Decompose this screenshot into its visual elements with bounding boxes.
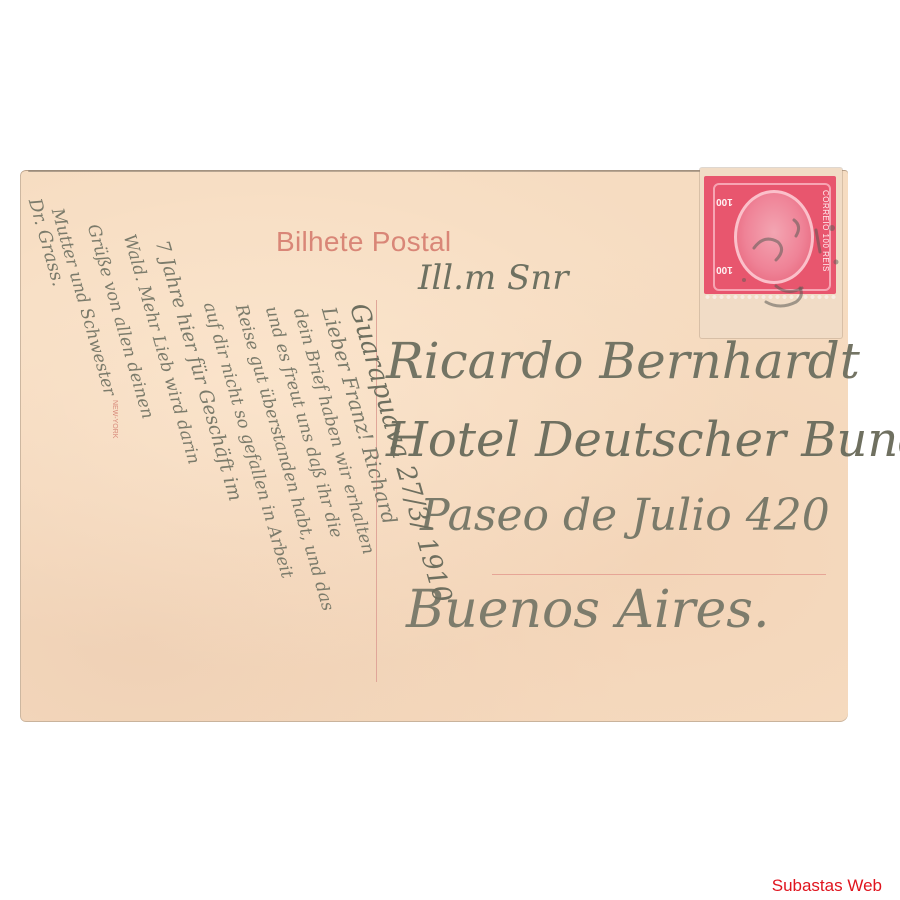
printer-imprint: NEW-YORK bbox=[111, 400, 118, 438]
address-city: Buenos Aires. bbox=[406, 580, 770, 640]
stamp-value-top: 100 bbox=[716, 196, 733, 207]
stamp-portrait-icon bbox=[734, 190, 814, 284]
stamp-value-bottom: 100 bbox=[716, 264, 733, 275]
stamp-face: 100 100 CORREIO 100 REIS bbox=[704, 176, 836, 294]
address-name: Ricardo Bernhardt bbox=[386, 332, 860, 390]
address-hotel: Hotel Deutscher Bund bbox=[386, 412, 900, 468]
address-rule bbox=[492, 574, 826, 575]
watermark: Subastas Web bbox=[772, 876, 882, 896]
address-street: Paseo de Julio 420 bbox=[420, 490, 830, 541]
printed-title: Bilhete Postal bbox=[276, 226, 451, 258]
stamp-perforation bbox=[704, 294, 836, 300]
postage-stamp: 100 100 CORREIO 100 REIS bbox=[700, 168, 842, 338]
stamp-side-text: CORREIO 100 REIS bbox=[821, 190, 830, 272]
address-salutation: Ill.m Snr bbox=[418, 258, 568, 298]
